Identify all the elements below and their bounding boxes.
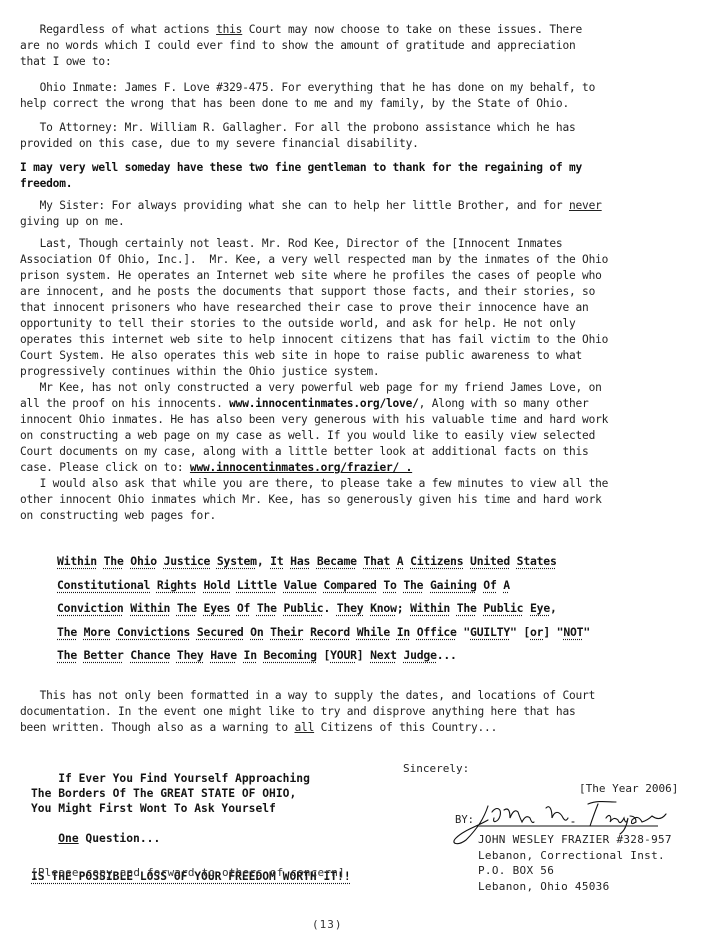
text-segment: To Attorney: Mr. William R. Gallagher. F… [20,121,576,150]
one-word: One [58,832,78,845]
paragraph-p4: I may very well someday have these two f… [20,160,700,192]
text-segment: this [216,23,242,36]
text-segment: I may very well someday have these two f… [20,161,582,190]
text-segment: Citizens of this Country... [314,721,497,734]
closing-question-line: One Question... [58,832,160,845]
paragraph-p5: My Sister: For always providing what she… [20,198,700,230]
paragraph-p3: To Attorney: Mr. William R. Gallagher. F… [20,120,700,152]
closing-warning: If Ever You Find Yourself Approaching Th… [31,756,371,914]
closing-lines: If Ever You Find Yourself Approaching Th… [31,772,310,815]
paragraph-p1: Regardless of what actions this Court ma… [20,22,700,70]
justice-system-declaration: Within The Ohio Justice System, It Has B… [57,550,677,668]
document-page: Regardless of what actions this Court ma… [0,0,702,943]
text-segment: www.innocentinmates.org/love/ [229,397,419,410]
text-segment: My Sister: For always providing what she… [20,199,569,212]
text-segment: Ohio Inmate: James F. Love #329-475. For… [20,81,595,110]
page-number: (13) [312,918,343,931]
declaration-line: The Better Chance They Have In Becoming … [57,644,677,668]
text-segment: giving up on me. [20,215,125,228]
format-note-paragraph: This has not only been formatted in a wa… [20,688,700,736]
declaration-line: Within The Ohio Justice System, It Has B… [57,550,677,574]
sender-address: JOHN WESLEY FRAZIER #328-957 Lebanon, Co… [478,832,672,894]
case-web-link[interactable]: www.innocentinmates.org/frazier/ . [190,461,412,474]
text-segment: I would also ask that while you are ther… [20,477,608,522]
text-segment: Last, Though certainly not least. Mr. Ro… [20,237,608,410]
year-label: [The Year 2006] [579,782,678,795]
declaration-line: Constitutional Rights Hold Little Value … [57,574,677,598]
text-segment: all [295,721,315,734]
declaration-line: The More Convictions Secured On Their Re… [57,621,677,645]
paragraph-p6: Last, Though certainly not least. Mr. Ro… [20,236,700,524]
forward-note: [Please copy and forward to others of co… [31,866,345,879]
sincerely-label: Sincerely: [403,762,469,775]
text-segment: Regardless of what actions [20,23,216,36]
paragraph-p2: Ohio Inmate: James F. Love #329-475. For… [20,80,700,112]
text-segment: never [569,199,602,212]
declaration-line: Conviction Within The Eyes Of The Public… [57,597,677,621]
